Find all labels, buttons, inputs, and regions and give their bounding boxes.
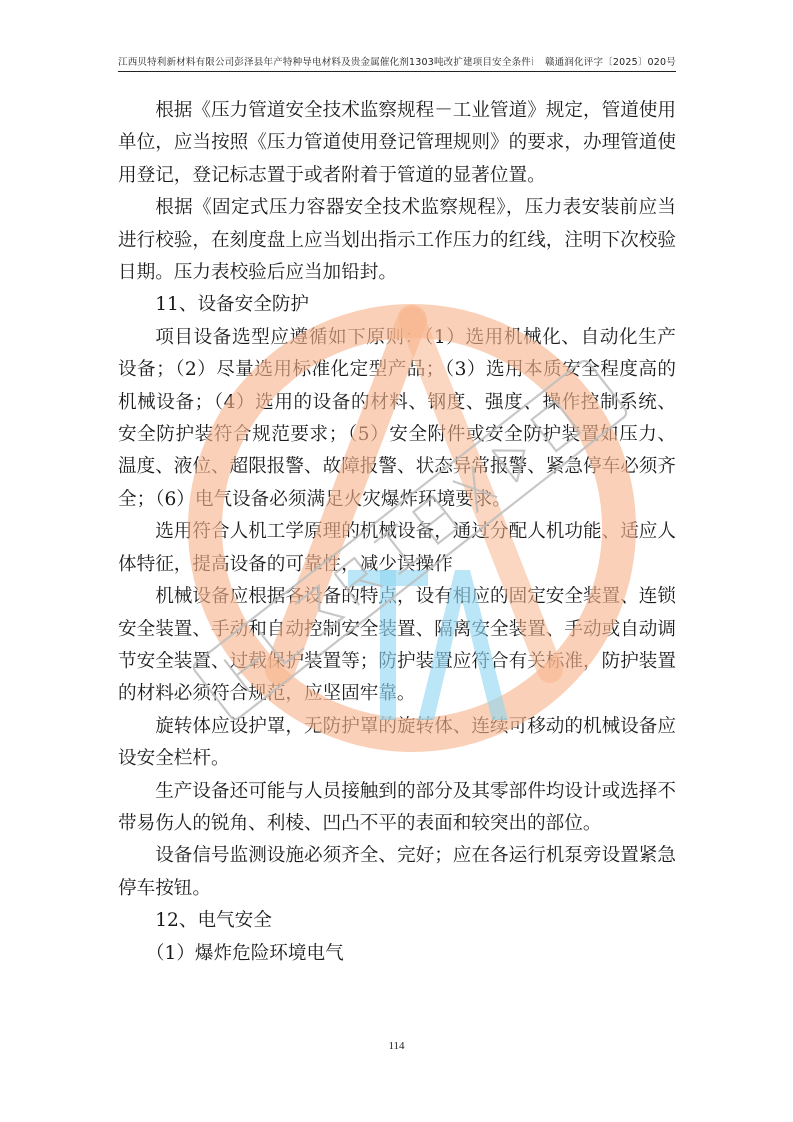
report-number: 赣通润化评字〔2025〕020号 <box>545 54 676 68</box>
document-body: 根据《压力管道安全技术监察规程－工业管道》规定，管道使用单位，应当按照《压力管道… <box>118 95 676 970</box>
section-heading-equipment-safety: 11、设备安全防护 <box>118 289 676 321</box>
paragraph-sharp-edges: 生产设备还可能与人员接触到的部分及其零部件均设计或选择不带易伤人的锐角、利棱、凹… <box>118 776 676 841</box>
document-page: 江西贝特利新材料有限公司彭泽县年产特种导电材料及贵金属催化剂1303吨改扩建项目… <box>0 0 793 1122</box>
report-title: 江西贝特利新材料有限公司彭泽县年产特种导电材料及贵金属催化剂1303吨改扩建项目… <box>118 54 533 68</box>
paragraph-emergency-stop: 设备信号监测设施必须齐全、完好；应在各运行机泵旁设置紧急停车按钮。 <box>118 840 676 905</box>
paragraph-pressure-pipe-registration: 根据《压力管道安全技术监察规程－工业管道》规定，管道使用单位，应当按照《压力管道… <box>118 95 676 192</box>
subsection-heading-explosion-hazard-electrical: （1）爆炸危险环境电气 <box>118 938 676 970</box>
page-header: 江西贝特利新材料有限公司彭泽县年产特种导电材料及贵金属催化剂1303吨改扩建项目… <box>118 52 676 72</box>
paragraph-pressure-gauge-calibration: 根据《固定式压力容器安全技术监察规程》，压力表安装前应当进行校验，在刻度盘上应当… <box>118 192 676 289</box>
paragraph-equipment-selection-principles: 项目设备选型应遵循如下原则：（1）选用机械化、自动化生产设备；（2）尽量选用标准… <box>118 322 676 516</box>
paragraph-ergonomics: 选用符合人机工学原理的机械设备，通过分配人机功能、适应人体特征，提高设备的可靠性… <box>118 516 676 581</box>
page-number: 114 <box>0 1040 793 1052</box>
section-heading-electrical-safety: 12、电气安全 <box>118 905 676 937</box>
paragraph-safety-devices: 机械设备应根据各设备的特点，设有相应的固定安全装置、连锁安全装置、手动和自动控制… <box>118 581 676 711</box>
paragraph-rotating-guards: 旋转体应设护罩，无防护罩的旋转体、连续可移动的机械设备应设安全栏杆。 <box>118 711 676 776</box>
